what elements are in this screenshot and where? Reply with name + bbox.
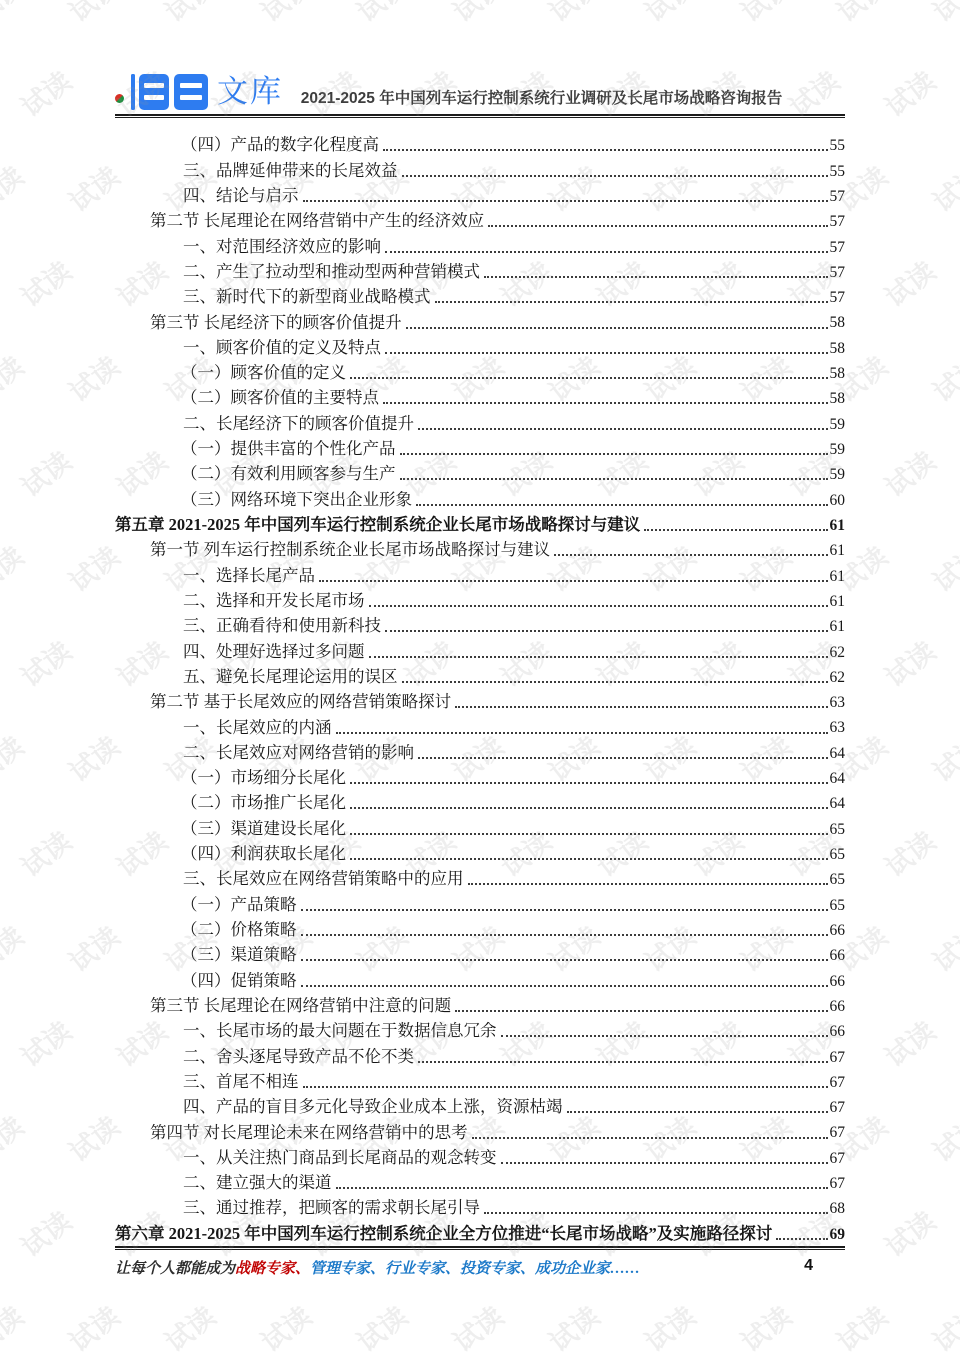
toc-entry-label: 二、长尾效应对网络营销的影响 [115,744,414,763]
toc-entry: 第一节 列车运行控制系统企业长尾市场战略探讨与建议61 [115,535,845,560]
toc-leader-dots [303,1086,828,1088]
footer-tagline: 让每个人都能成为战略专家、管理专家、行业专家、投资专家、成功企业家…… [115,1257,640,1278]
watermark-text: 试读 [636,1296,703,1357]
toc-leader-dots [402,175,828,177]
watermark-text: 试读 [732,1296,799,1357]
toc-leader-dots [435,301,828,303]
toc-leader-dots [350,377,828,379]
toc-leader-dots [644,529,827,531]
toc-page-number: 59 [830,466,846,484]
watermark-text: 试读 [0,0,30,29]
toc-entry-label: （三）网络环境下突出企业形象 [115,491,412,510]
watermark-text: 试读 [540,1296,607,1357]
toc-entry: 三、长尾效应在网络营销策略中的应用65 [115,864,845,889]
tagline-red: 战略专家、 [235,1261,310,1277]
toc-leader-dots [567,1111,828,1113]
page-number: 4 [804,1257,813,1275]
toc-entry: 一、选择长尾产品61 [115,560,845,585]
logo-glyphs-icon [130,70,209,112]
toc-entry: 一、长尾效应的内涵63 [115,712,845,737]
toc-page-number: 64 [830,745,846,763]
toc-page-number: 67 [830,1074,846,1092]
watermark-text: 试读 [876,251,943,315]
watermark-text: 试读 [12,251,79,315]
toc-page-number: 61 [830,568,846,586]
toc-page-number: 66 [830,947,846,965]
watermark-text: 试读 [252,0,319,29]
toc-entry-label: （四）产品的数字化程度高 [115,136,379,155]
toc-leader-dots [369,656,828,658]
toc-entry: 二、舍头逐尾导致产品不伦不类67 [115,1041,845,1066]
watermark-text: 试读 [348,1296,415,1357]
toc-leader-dots [402,681,828,683]
toc-page-number: 57 [830,188,846,206]
toc-entry: 一、从关注热门商品到长尾商品的观念转变67 [115,1143,845,1168]
toc-page-number: 58 [830,365,846,383]
watermark-text: 试读 [156,1296,223,1357]
toc-leader-dots [501,1162,828,1164]
toc-entry-label: 第二节 基于长尾效应的网络营销策略探讨 [115,693,451,712]
toc-entry-label: 第六章 2021-2025 年中国列车运行控制系统企业全方位推进“长尾市场战略”… [115,1225,772,1244]
toc-leader-dots [383,402,828,404]
toc-entry-label: 二、长尾经济下的顾客价值提升 [115,415,414,434]
toc-entry-label: 四、处理好选择过多问题 [115,643,365,662]
toc-entry: （一）提供丰富的个性化产品59 [115,434,845,459]
toc-entry: （二）顾客价值的主要特点58 [115,383,845,408]
watermark-text: 试读 [0,726,30,790]
watermark-text: 试读 [12,1011,79,1075]
watermark-text: 试读 [0,1296,30,1357]
toc-leader-dots [301,959,828,961]
toc-leader-dots [455,1010,827,1012]
toc-leader-dots [385,352,828,354]
toc-entry: 四、结论与启示57 [115,181,845,206]
toc-entry: 第五章 2021-2025 年中国列车运行控制系统企业长尾市场战略探讨与建议61 [115,510,845,535]
toc-entry-label: 三、新时代下的新型商业战略模式 [115,288,431,307]
watermark-text: 试读 [924,916,960,980]
toc-entry: 二、长尾经济下的顾客价值提升59 [115,408,845,433]
toc-entry: 第三节 长尾经济下的顾客价值提升58 [115,307,845,332]
toc-entry: （四）利润获取长尾化65 [115,839,845,864]
toc-page-number: 58 [830,390,846,408]
watermark-text: 试读 [924,346,960,410]
toc-leader-dots [336,732,828,734]
watermark-text: 试读 [924,1106,960,1170]
toc-entry: （二）市场推广长尾化64 [115,788,845,813]
toc-leader-dots [554,554,827,556]
watermark-text: 试读 [828,1296,895,1357]
toc-entry-label: （一）提供丰富的个性化产品 [115,440,396,459]
logo-wordmark: 文库 [217,76,283,107]
toc-entry-label: （一）顾客价值的定义 [115,364,346,383]
toc-entry: 第六章 2021-2025 年中国列车运行控制系统企业全方位推进“长尾市场战略”… [115,1218,845,1243]
toc-entry-label: 一、长尾市场的最大问题在于数据信息冗余 [115,1022,497,1041]
toc-page-number: 61 [830,593,846,611]
toc-entry: 三、正确看待和使用新科技61 [115,611,845,636]
toc-entry: 二、产生了拉动型和推动型两种营销模式57 [115,257,845,282]
toc-entry: 第二节 长尾理论在网络营销中产生的经济效应57 [115,206,845,231]
toc-leader-dots [416,504,828,506]
toc-page-number: 57 [830,289,846,307]
watermark-text: 试读 [0,916,30,980]
toc-entry-label: 第四节 对长尾理论未来在网络营销中的思考 [115,1124,468,1143]
toc-entry-label: （二）市场推广长尾化 [115,794,346,813]
toc-entry: 二、建立强大的渠道67 [115,1168,845,1193]
toc-entry-label: 五、避免长尾理论运用的误区 [115,668,398,687]
toc-leader-dots [350,833,828,835]
toc-entry: （四）促销策略66 [115,965,845,990]
toc-entry: （三）网络环境下突出企业形象60 [115,484,845,509]
toc-leader-dots [468,883,828,885]
toc-entry: （二）有效利用顾客参与生产59 [115,459,845,484]
toc-page-number: 69 [830,1226,846,1244]
watermark-text: 试读 [924,156,960,220]
toc-leader-dots [319,580,828,582]
toc-leader-dots [350,807,828,809]
page-header: 文库 2021-2025 年中国列车运行控制系统行业调研及长尾市场战略咨询报告 [115,56,845,114]
watermark-text: 试读 [60,1296,127,1357]
toc-leader-dots [418,428,828,430]
toc-page-number: 63 [830,719,846,737]
toc-entry-label: 第三节 长尾理论在网络营销中注意的问题 [115,997,451,1016]
toc-page-number: 61 [830,618,846,636]
page-footer: 让每个人都能成为战略专家、管理专家、行业专家、投资专家、成功企业家…… 4 [115,1257,845,1278]
toc-entry-label: 第三节 长尾经济下的顾客价值提升 [115,314,402,333]
toc-page-number: 59 [830,416,846,434]
toc-leader-dots [400,453,828,455]
watermark-text: 试读 [12,821,79,885]
watermark-text: 试读 [0,346,30,410]
toc-entry-label: （二）顾客价值的主要特点 [115,389,379,408]
watermark-text: 试读 [732,0,799,29]
watermark-text: 试读 [924,536,960,600]
watermark-text: 试读 [876,1011,943,1075]
toc-leader-dots [385,630,828,632]
toc-entry: （三）渠道建设长尾化65 [115,813,845,838]
toc-leader-dots [455,706,827,708]
toc-page-number: 66 [830,998,846,1016]
toc-entry-label: 三、品牌延伸带来的长尾效益 [115,162,398,181]
toc-entry-label: 第五章 2021-2025 年中国列车运行控制系统企业长尾市场战略探讨与建议 [115,516,640,535]
toc-page-number: 65 [830,897,846,915]
toc-page-number: 65 [830,846,846,864]
toc-entry: 三、首尾不相连67 [115,1067,845,1092]
toc-entry-label: 三、通过推荐，把顾客的需求朝长尾引导 [115,1199,480,1218]
toc-entry: 二、长尾效应对网络营销的影响64 [115,738,845,763]
watermark-text: 试读 [444,1296,511,1357]
toc-entry-label: （一）市场细分长尾化 [115,769,346,788]
toc-entry-label: 第一节 列车运行控制系统企业长尾市场战略探讨与建议 [115,541,550,560]
toc-page-number: 58 [830,340,846,358]
watermark-text: 试读 [876,61,943,125]
toc-page-number: 66 [830,922,846,940]
toc-leader-dots [501,1035,828,1037]
toc-entry-label: （二）价格策略 [115,921,297,940]
toc-entry-label: （四）促销策略 [115,972,297,991]
watermark-text: 试读 [540,0,607,29]
watermark-text: 试读 [0,156,30,220]
toc-leader-dots [303,200,828,202]
toc-page-number: 62 [830,644,846,662]
watermark-text: 试读 [0,1106,30,1170]
toc-page-number: 64 [830,770,846,788]
watermark-text: 试读 [0,536,30,600]
toc-page-number: 65 [830,871,846,889]
toc-page-number: 65 [830,821,846,839]
watermark-text: 试读 [156,0,223,29]
toc-entry: （一）市场细分长尾化64 [115,763,845,788]
toc-entry-label: （二）有效利用顾客参与生产 [115,465,396,484]
watermark-text: 试读 [348,0,415,29]
toc-page-number: 57 [830,213,846,231]
toc-entry-label: 二、产生了拉动型和推动型两种营销模式 [115,263,480,282]
toc-page-number: 66 [830,1023,846,1041]
toc-page-number: 68 [830,1200,846,1218]
toc-entry: 三、品牌延伸带来的长尾效益55 [115,155,845,180]
toc-entry-label: 一、选择长尾产品 [115,567,315,586]
toc-entry: 第三节 长尾理论在网络营销中注意的问题66 [115,991,845,1016]
toc-entry-label: 一、从关注热门商品到长尾商品的观念转变 [115,1149,497,1168]
toc-entry: （四）产品的数字化程度高55 [115,130,845,155]
toc-entry-label: 三、首尾不相连 [115,1073,299,1092]
toc-entry: 三、新时代下的新型商业战略模式57 [115,282,845,307]
toc-entry-label: 三、长尾效应在网络营销策略中的应用 [115,870,464,889]
toc-page-number: 59 [830,441,846,459]
toc-leader-dots [336,1187,828,1189]
toc-entry: 一、长尾市场的最大问题在于数据信息冗余66 [115,1016,845,1041]
toc-leader-dots [472,1137,828,1139]
toc-leader-dots [418,757,828,759]
toc-entry: （二）价格策略66 [115,915,845,940]
toc-page-number: 55 [830,137,846,155]
toc-entry-label: 四、产品的盲目多元化导致企业成本上涨，资源枯竭 [115,1098,563,1117]
toc-leader-dots [400,478,828,480]
toc-leader-dots [350,782,828,784]
toc-entry: 一、顾客价值的定义及特点58 [115,333,845,358]
toc-entry: 二、选择和开发长尾市场61 [115,586,845,611]
toc-entry: （一）顾客价值的定义58 [115,358,845,383]
toc-leader-dots [776,1238,827,1240]
toc-page-number: 67 [830,1175,846,1193]
toc-entry-label: 四、结论与启示 [115,187,299,206]
toc-page-number: 67 [830,1099,846,1117]
toc-entry-label: （一）产品策略 [115,896,297,915]
toc-leader-dots [301,934,828,936]
site-logo: 文库 [115,70,283,114]
toc-leader-dots [350,858,828,860]
toc-page-number: 58 [830,314,846,332]
watermark-text: 试读 [828,0,895,29]
watermark-text: 试读 [636,0,703,29]
toc-entry-label: 二、建立强大的渠道 [115,1174,332,1193]
header-divider [115,114,845,118]
watermark-text: 试读 [876,631,943,695]
toc-entry-label: 第二节 长尾理论在网络营销中产生的经济效应 [115,212,484,231]
watermark-text: 试读 [60,0,127,29]
toc-leader-dots [406,327,828,329]
watermark-text: 试读 [876,441,943,505]
watermark-text: 试读 [12,1201,79,1265]
toc-page-number: 60 [830,492,846,510]
toc-entry-label: 二、选择和开发长尾市场 [115,592,365,611]
watermark-text: 试读 [252,1296,319,1357]
watermark-text: 试读 [12,441,79,505]
table-of-contents: （四）产品的数字化程度高55三、品牌延伸带来的长尾效益55四、结论与启示57第二… [115,130,845,1244]
toc-page-number: 61 [830,517,846,535]
toc-leader-dots [383,149,828,151]
toc-entry: 三、通过推荐，把顾客的需求朝长尾引导68 [115,1193,845,1218]
toc-entry-label: （四）利润获取长尾化 [115,845,346,864]
toc-entry-label: 一、对范围经济效应的影响 [115,238,381,257]
toc-page-number: 67 [830,1150,846,1168]
toc-entry-label: （三）渠道策略 [115,946,297,965]
report-title: 2021-2025 年中国列车运行控制系统行业调研及长尾市场战略咨询报告 [301,90,782,107]
toc-entry: 五、避免长尾理论运用的误区62 [115,662,845,687]
toc-leader-dots [301,909,828,911]
toc-entry-label: （三）渠道建设长尾化 [115,820,346,839]
toc-page-number: 61 [830,542,846,560]
footer-divider [115,1246,845,1250]
toc-page-number: 66 [830,973,846,991]
watermark-text: 试读 [924,0,960,29]
watermark-text: 试读 [12,61,79,125]
toc-page-number: 62 [830,669,846,687]
toc-entry-label: 一、长尾效应的内涵 [115,719,332,738]
toc-page-number: 63 [830,694,846,712]
logo-dot-icon [115,94,124,103]
toc-entry: 四、产品的盲目多元化导致企业成本上涨，资源枯竭67 [115,1092,845,1117]
toc-page-number: 64 [830,795,846,813]
toc-leader-dots [488,225,827,227]
toc-entry: 第四节 对长尾理论未来在网络营销中的思考67 [115,1117,845,1142]
toc-entry: 一、对范围经济效应的影响57 [115,231,845,256]
watermark-text: 试读 [924,1296,960,1357]
toc-leader-dots [385,251,828,253]
toc-leader-dots [418,1061,828,1063]
toc-page-number: 67 [830,1124,846,1142]
toc-entry: （一）产品策略65 [115,889,845,914]
toc-page-number: 67 [830,1049,846,1067]
toc-page-number: 57 [830,264,846,282]
toc-entry-label: 三、正确看待和使用新科技 [115,617,381,636]
toc-leader-dots [301,985,828,987]
watermark-text: 试读 [12,631,79,695]
toc-entry: 四、处理好选择过多问题62 [115,636,845,661]
toc-entry: 第二节 基于长尾效应的网络营销策略探讨63 [115,687,845,712]
watermark-text: 试读 [924,726,960,790]
toc-page-number: 57 [830,239,846,257]
toc-entry: （三）渠道策略66 [115,940,845,965]
toc-leader-dots [484,1212,828,1214]
toc-entry-label: 一、顾客价值的定义及特点 [115,339,381,358]
toc-leader-dots [369,605,828,607]
watermark-text: 试读 [444,0,511,29]
watermark-text: 试读 [876,821,943,885]
toc-leader-dots [484,276,828,278]
toc-page-number: 55 [830,163,846,181]
tagline-prefix: 让每个人都能成为 [115,1261,235,1277]
toc-entry-label: 二、舍头逐尾导致产品不伦不类 [115,1048,414,1067]
tagline-blue: 管理专家、行业专家、投资专家、成功企业家…… [310,1261,640,1277]
watermark-text: 试读 [876,1201,943,1265]
document-page: 试读试读试读试读试读试读试读试读试读试读试读试读试读试读试读试读试读试读试读试读… [0,0,960,1357]
